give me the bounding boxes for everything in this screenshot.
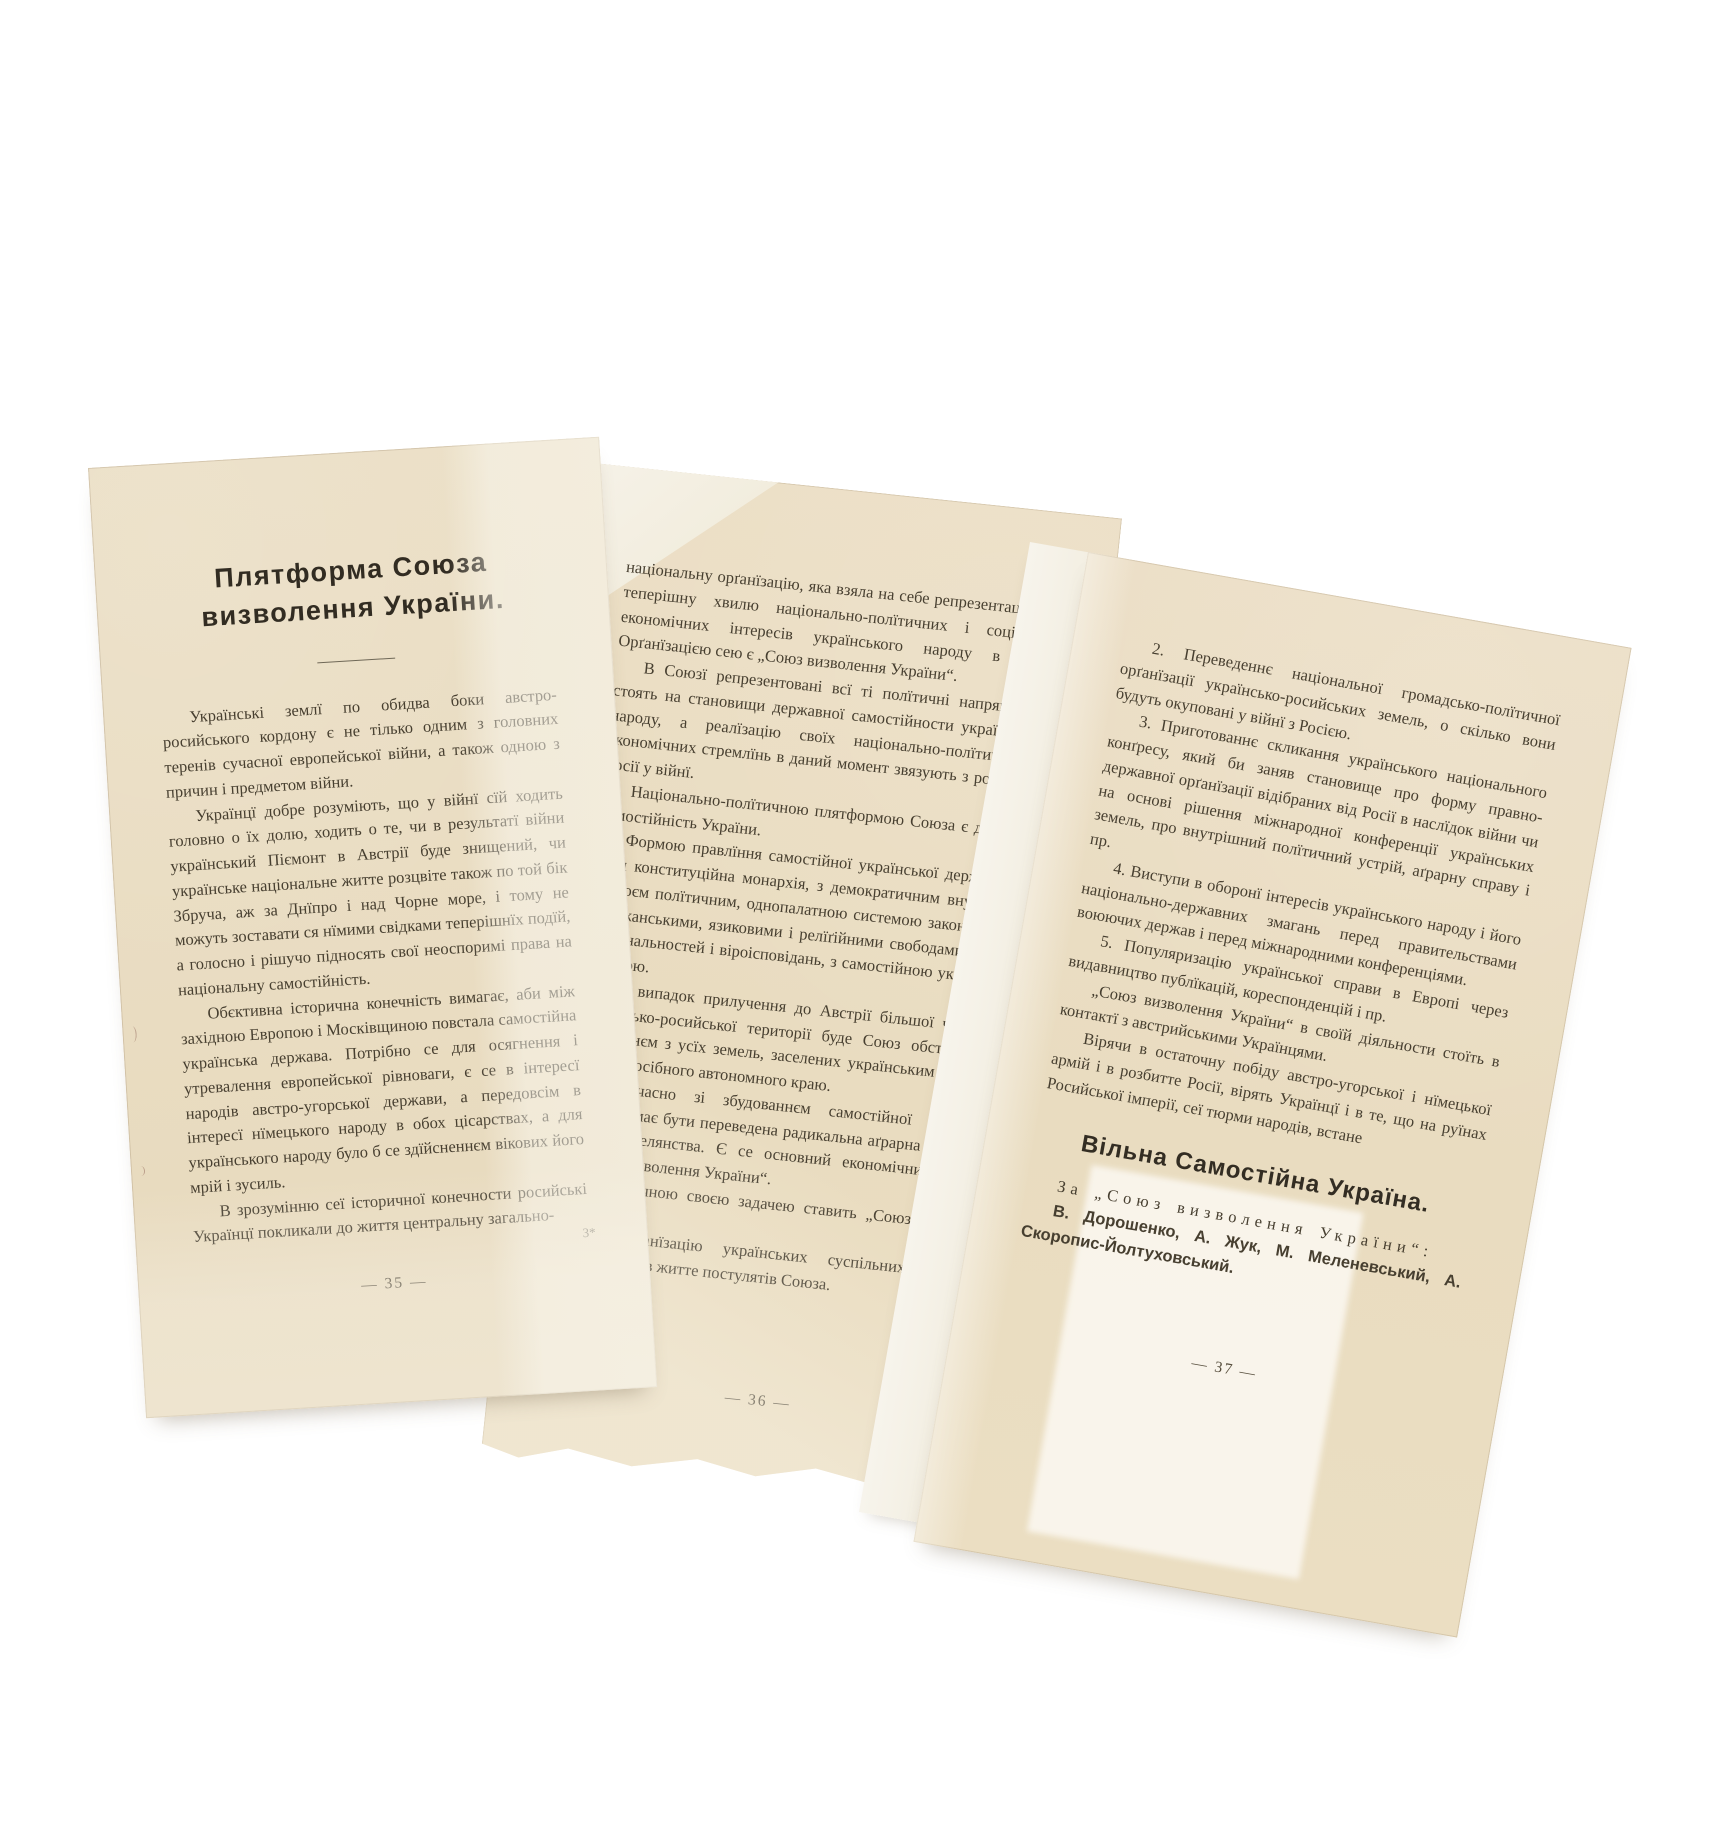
page-number: — 35 — [138,1259,650,1308]
paragraph: Українцї добре розуміють, що у війнї сїй… [167,781,574,1003]
paper-flaw-mark [137,1166,146,1176]
paragraph: Обєктивна історична конечність вимагає, … [179,979,586,1201]
pamphlet-title: Плятформа Союза визволення України. [152,540,552,640]
paper-flaw-mark [128,1026,137,1042]
page-37-text: 2. Переведеннє національної громадсько-п… [1019,632,1562,1320]
title-divider [317,657,395,663]
page-number: — 37 — [951,1312,1498,1426]
page-35: Плятформа Союза визволення України. Укра… [88,437,657,1418]
printers-signature-mark: 3* [582,1224,596,1241]
page-35-text: Українські землї по обидва боки австро-р… [161,682,590,1250]
photo-background: національну орґанїзацію, яка взяла на се… [0,0,1725,1847]
